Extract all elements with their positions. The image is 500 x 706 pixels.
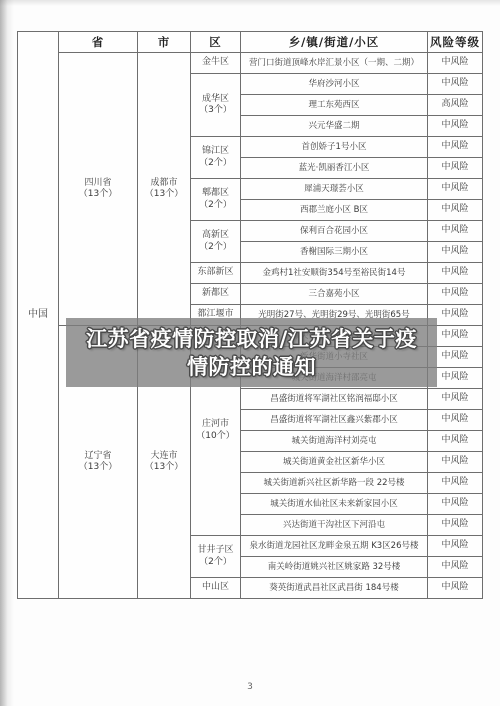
cell-street: 南关岭街道姚兴社区姚家路 32号楼 bbox=[241, 557, 428, 578]
table-row: 辽宁省 （13个） 大连市 （13个） 庄河市 （10个） 城关街道海洋村沙岗屯… bbox=[18, 326, 483, 347]
cell-risk: 中风险 bbox=[428, 53, 483, 74]
table-row: 四川省 （13个） 成都市 （13个） 金牛区 营门口街道顶峰水岸汇景小区（一期… bbox=[18, 53, 483, 74]
district-count: （10个） bbox=[193, 431, 238, 442]
document-page: 中国 省 市 区 乡/镇/街道/小区 风险等级 四川省 （13个） 成都市 （1… bbox=[0, 0, 500, 706]
district-name: 锦江区 bbox=[193, 146, 238, 157]
header-district: 区 bbox=[191, 32, 241, 53]
cell-street: 泉水街道龙园社区龙畔金泉五期 K3区26号楼 bbox=[241, 536, 428, 557]
cell-risk: 中风险 bbox=[428, 326, 483, 347]
cell-street: 兴达街道干沟社区下河沿屯 bbox=[241, 515, 428, 536]
cell-risk: 中风险 bbox=[428, 347, 483, 368]
cell-street: 光明街27号、光明街29号、光明街65号 bbox=[241, 305, 428, 326]
header-city: 市 bbox=[138, 32, 191, 53]
province-name: 辽宁省 bbox=[61, 451, 135, 462]
cell-risk: 中风险 bbox=[428, 263, 483, 284]
cell-risk: 中风险 bbox=[428, 494, 483, 515]
cell-risk-high: 高风险 bbox=[428, 95, 483, 116]
cell-province: 四川省 （13个） bbox=[59, 53, 138, 326]
cell-risk: 中风险 bbox=[428, 305, 483, 326]
district-name: 都江堰市 bbox=[193, 309, 238, 320]
cell-country: 中国 bbox=[18, 32, 59, 599]
cell-risk: 中风险 bbox=[428, 557, 483, 578]
cell-risk: 中风险 bbox=[428, 74, 483, 95]
cell-street: 华府沙河小区 bbox=[241, 74, 428, 95]
cell-street: 昌盛街道将军湖社区铭润福邸小区 bbox=[241, 389, 428, 410]
cell-district: 都江堰市 bbox=[191, 305, 241, 326]
cell-city: 成都市 （13个） bbox=[138, 53, 191, 326]
city-name: 成都市 bbox=[140, 178, 188, 189]
city-count: （13个） bbox=[140, 462, 188, 473]
page-top-shadow bbox=[0, 0, 500, 6]
cell-city: 大连市 （13个） bbox=[138, 326, 191, 599]
district-count: （2个） bbox=[193, 242, 238, 253]
province-count: （13个） bbox=[61, 189, 135, 200]
cell-risk: 中风险 bbox=[428, 200, 483, 221]
district-name: 东部新区 bbox=[193, 267, 238, 278]
risk-level-table: 中国 省 市 区 乡/镇/街道/小区 风险等级 四川省 （13个） 成都市 （1… bbox=[17, 31, 483, 599]
header-risk: 风险等级 bbox=[428, 32, 483, 53]
cell-risk: 中风险 bbox=[428, 473, 483, 494]
province-name: 四川省 bbox=[61, 178, 135, 189]
cell-risk: 中风险 bbox=[428, 179, 483, 200]
cell-street: 金鸡村1社安顺街354号至裕民街14号 bbox=[241, 263, 428, 284]
cell-street: 犀浦天璟荟小区 bbox=[241, 179, 428, 200]
cell-district: 新都区 bbox=[191, 284, 241, 305]
cell-street: 保利百合花园小区 bbox=[241, 221, 428, 242]
cell-street: 城关街道海洋村刘亮屯 bbox=[241, 431, 428, 452]
cell-street: 城关街道水仙社区未来新家园小区 bbox=[241, 494, 428, 515]
cell-street: 城关街道海洋村邵亮屯 bbox=[241, 368, 428, 389]
district-count: （3个） bbox=[193, 105, 238, 116]
header-row: 中国 省 市 区 乡/镇/街道/小区 风险等级 bbox=[18, 32, 483, 53]
cell-street: 三合嘉苑小区 bbox=[241, 284, 428, 305]
district-name: 金牛区 bbox=[193, 57, 238, 68]
district-name: 新都区 bbox=[193, 288, 238, 299]
city-count: （13个） bbox=[140, 189, 188, 200]
cell-district: 锦江区 （2个） bbox=[191, 137, 241, 179]
cell-street: 昌盛街道将军湖社区鑫兴紫郡小区 bbox=[241, 410, 428, 431]
cell-street: 首创娇子1号小区 bbox=[241, 137, 428, 158]
page-number: 3 bbox=[0, 682, 500, 692]
province-count: （13个） bbox=[61, 462, 135, 473]
cell-street: 西郡兰庭小区 B区 bbox=[241, 200, 428, 221]
cell-risk: 中风险 bbox=[428, 284, 483, 305]
cell-street: 营门口街道顶峰水岸汇景小区（一期、二期） bbox=[241, 53, 428, 74]
district-count: （2个） bbox=[193, 200, 238, 211]
cell-district: 金牛区 bbox=[191, 53, 241, 74]
cell-district: 成华区 （3个） bbox=[191, 74, 241, 137]
cell-street: 城关街道黄金社区新华小区 bbox=[241, 452, 428, 473]
district-name: 高新区 bbox=[193, 230, 238, 241]
header-province: 省 bbox=[59, 32, 138, 53]
cell-street: 新华街道小寺社区 bbox=[241, 347, 428, 368]
cell-street: 城关街道新兴社区新华路一段 22号楼 bbox=[241, 473, 428, 494]
header-street: 乡/镇/街道/小区 bbox=[241, 32, 428, 53]
cell-street: 城关街道海洋村沙岗屯 bbox=[241, 326, 428, 347]
cell-risk: 中风险 bbox=[428, 137, 483, 158]
cell-risk: 中风险 bbox=[428, 452, 483, 473]
cell-risk: 中风险 bbox=[428, 116, 483, 137]
city-name: 大连市 bbox=[140, 451, 188, 462]
cell-street: 兴元华盛二期 bbox=[241, 116, 428, 137]
district-name: 甘井子区 bbox=[193, 545, 238, 556]
page-edge-shadow bbox=[0, 0, 14, 706]
district-name: 郫都区 bbox=[193, 188, 238, 199]
cell-province: 辽宁省 （13个） bbox=[59, 326, 138, 599]
district-name: 庄河市 bbox=[193, 419, 238, 430]
cell-risk: 中风险 bbox=[428, 536, 483, 557]
district-count: （2个） bbox=[193, 158, 238, 169]
cell-risk: 中风险 bbox=[428, 242, 483, 263]
cell-risk: 中风险 bbox=[428, 158, 483, 179]
district-count: （2个） bbox=[193, 557, 238, 568]
district-name: 成华区 bbox=[193, 94, 238, 105]
cell-risk: 中风险 bbox=[428, 515, 483, 536]
cell-district: 甘井子区 （2个） bbox=[191, 536, 241, 578]
cell-district: 庄河市 （10个） bbox=[191, 326, 241, 536]
cell-street: 葵英街道武昌社区武昌街 184号楼 bbox=[241, 578, 428, 599]
cell-risk: 中风险 bbox=[428, 368, 483, 389]
cell-risk: 中风险 bbox=[428, 578, 483, 599]
cell-risk: 中风险 bbox=[428, 410, 483, 431]
cell-risk: 中风险 bbox=[428, 431, 483, 452]
cell-district: 高新区 （2个） bbox=[191, 221, 241, 263]
cell-district: 东部新区 bbox=[191, 263, 241, 284]
cell-district: 郫都区 （2个） bbox=[191, 179, 241, 221]
cell-street: 蓝光·凯丽香江小区 bbox=[241, 158, 428, 179]
cell-street: 香榭国际三期小区 bbox=[241, 242, 428, 263]
cell-district: 中山区 bbox=[191, 578, 241, 599]
cell-street-high-risk: 理工东苑西区 bbox=[241, 95, 428, 116]
district-name: 中山区 bbox=[193, 582, 238, 593]
cell-risk: 中风险 bbox=[428, 389, 483, 410]
cell-risk: 中风险 bbox=[428, 221, 483, 242]
